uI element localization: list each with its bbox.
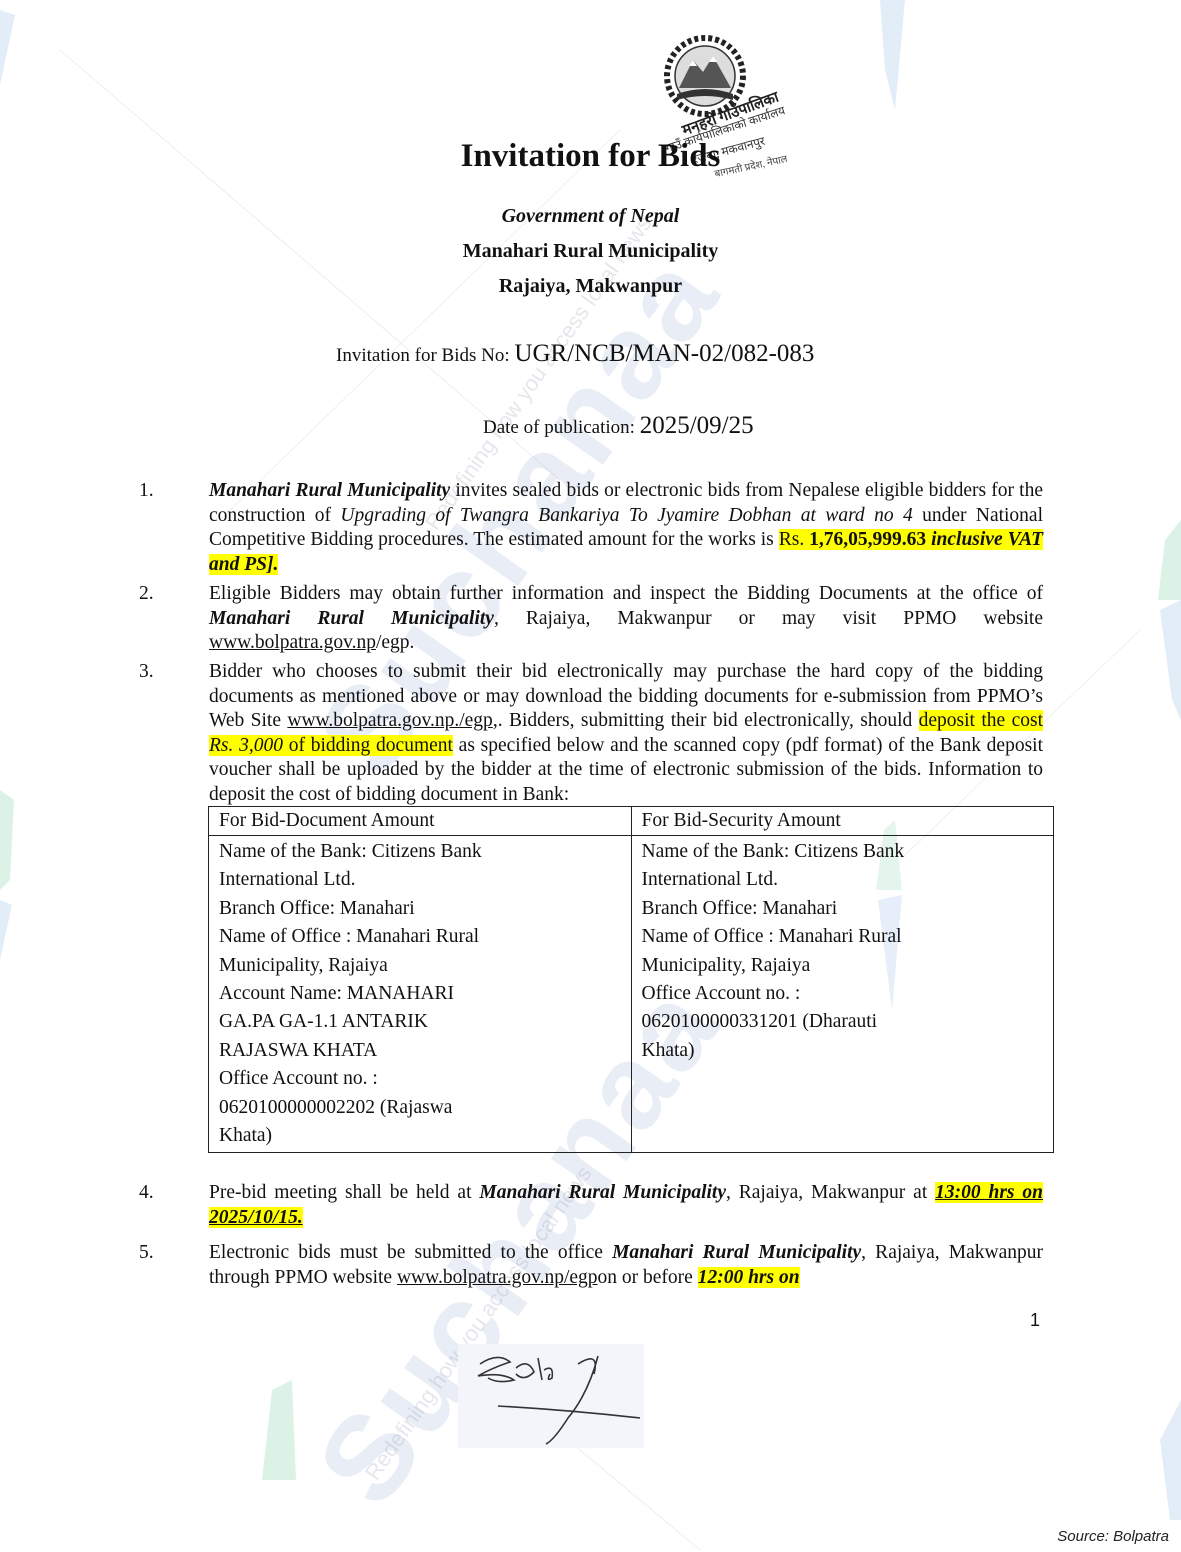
table-row: Name of the Bank: Citizens BankInternati… [209,836,1054,1153]
column-header-bid-document: For Bid-Document Amount [209,807,632,836]
text-segment: Manahari Rural Municipality [209,608,494,629]
cell-line: Khata) [219,1122,621,1150]
link-text[interactable]: www.bolpatra.gov.np/egp [397,1267,598,1288]
highlighted-text: Rs. [779,529,809,550]
bid-security-bank-details: Name of the Bank: Citizens BankInternati… [631,836,1054,1153]
table-header-row: For Bid-Document Amount For Bid-Security… [209,807,1054,836]
cell-line: Name of the Bank: Citizens Bank [219,838,621,866]
highlighted-text: deposit the cost [919,710,1043,731]
publication-date-value: 2025/09/25 [640,412,754,439]
item-number: 1. [139,479,154,504]
publication-date-label: Date of publication: [483,417,640,438]
link-text[interactable]: www.bolpatra.gov.np./egp [287,710,492,731]
text-segment: , Rajaiya, Makwanpur at [726,1182,935,1203]
document-title: Invitation for Bids [0,138,1181,175]
municipality-heading: Manahari Rural Municipality [0,240,1181,263]
text-segment: Electronic bids must be submitted to the… [209,1242,612,1263]
item-text: Pre-bid meeting shall be held at Manahar… [209,1181,1043,1230]
bank-info-table: For Bid-Document Amount For Bid-Security… [208,806,1054,1153]
cell-line: Name of Office : Manahari Rural [219,923,621,951]
text-segment: Pre-bid meeting shall be held at [209,1182,479,1203]
cell-line: Account Name: MANAHARI [219,980,621,1008]
page-number: 1 [1030,1310,1040,1331]
text-segment: ,. Bidders, submitting their bid electro… [493,710,919,731]
link-text[interactable]: www.bolpatra.gov.np [209,632,376,653]
cell-line: Municipality, Rajaiya [642,952,1044,980]
ifb-number-value: UGR/NCB/MAN-02/082-083 [514,340,814,367]
highlighted-text: 12:00 hrs on [698,1267,800,1288]
source-credit: Source: Bolpatra [1057,1528,1169,1545]
bid-document-bank-details: Name of the Bank: Citizens BankInternati… [209,836,632,1153]
cell-line: Office Account no. : [219,1065,621,1093]
text-segment: Manahari Rural Municipality [612,1242,861,1263]
item-number: 3. [139,660,154,685]
cell-line: Municipality, Rajaiya [219,952,621,980]
column-header-bid-security: For Bid-Security Amount [631,807,1054,836]
highlighted-text: Rs. 3,000 [209,735,283,756]
highlighted-text: of bidding document [283,735,453,756]
cell-line: Khata) [642,1037,1044,1065]
text-segment: Upgrading of Twangra Bankariya To Jyamir… [340,505,912,526]
cell-line: Branch Office: Manahari [219,895,621,923]
text-segment: , Rajaiya, Makwanpur or may visit PPMO w… [494,608,1043,629]
text-segment: Eligible Bidders may obtain further info… [209,583,1043,604]
cell-line: GA.PA GA-1.1 ANTARIK [219,1008,621,1036]
ifb-number-line: Invitation for Bids No: UGR/NCB/MAN-02/0… [336,340,814,368]
item-text: Eligible Bidders may obtain further info… [209,582,1043,656]
item-number: 2. [139,582,154,607]
item-text: Bidder who chooses to submit their bid e… [209,660,1043,807]
item-number: 4. [139,1181,154,1206]
highlighted-text: 1,76,05,999.63 [809,529,931,550]
text-segment: on or before [598,1267,698,1288]
cell-line: RAJASWA KHATA [219,1037,621,1065]
cell-line: Branch Office: Manahari [642,895,1044,923]
cell-line: International Ltd. [219,866,621,894]
text-segment: Manahari Rural Municipality [479,1182,726,1203]
text-segment: Manahari Rural Municipality [209,480,450,501]
cell-line: Name of Office : Manahari Rural [642,923,1044,951]
cell-line: Office Account no. : [642,980,1044,1008]
item-text: Electronic bids must be submitted to the… [209,1241,1043,1290]
signature-image [458,1344,644,1448]
cell-line: International Ltd. [642,866,1044,894]
government-heading: Government of Nepal [0,205,1181,228]
publication-date-line: Date of publication: 2025/09/25 [483,412,754,440]
cell-line: Name of the Bank: Citizens Bank [642,838,1044,866]
cell-line: 0620100000002202 (Rajaswa [219,1094,621,1122]
cell-line: 0620100000331201 (Dharauti [642,1008,1044,1036]
ifb-number-label: Invitation for Bids No: [336,345,514,366]
item-text: Manahari Rural Municipality invites seal… [209,479,1043,577]
text-segment: /egp. [376,632,414,653]
location-heading: Rajaiya, Makwanpur [0,275,1181,298]
item-number: 5. [139,1241,154,1266]
